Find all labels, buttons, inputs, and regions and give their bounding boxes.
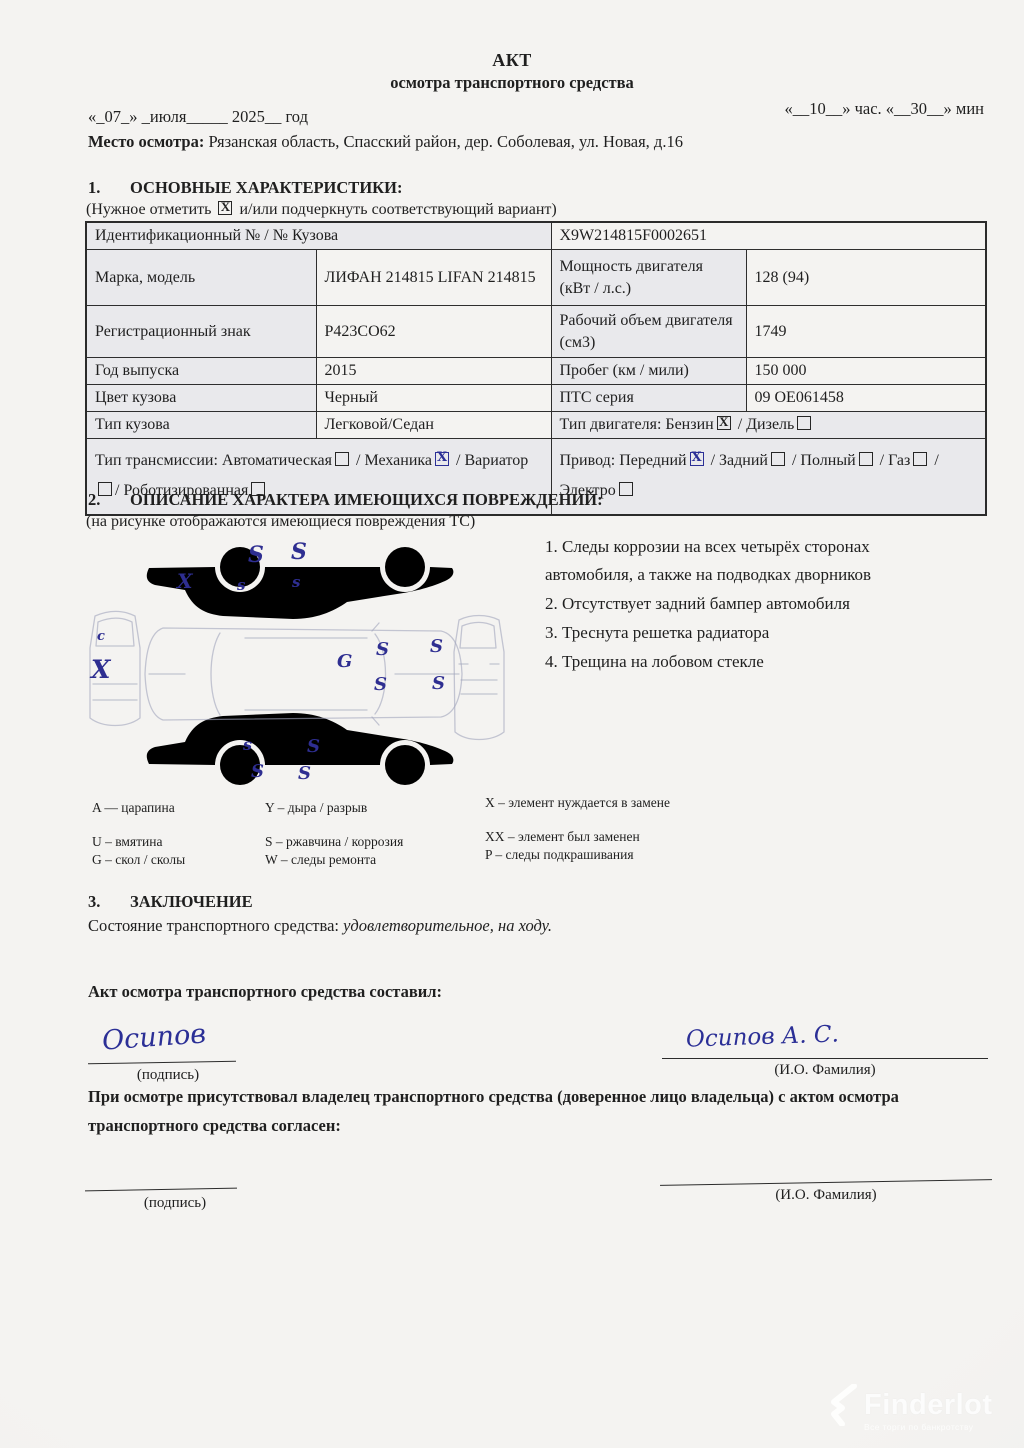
- inspector-signature: Осипов: [101, 1018, 207, 1056]
- damage-item: 4. Трещина на лобовом стекле: [545, 648, 953, 676]
- slash-separator: /: [738, 416, 742, 433]
- document-page: АКТ осмотра транспортного средства «_07_…: [0, 0, 1024, 1448]
- table-row: Цвет кузова Черный ПТС серия 09 ОЕ061458: [86, 385, 986, 412]
- mileage-value: 150 000: [746, 358, 986, 385]
- power-label: Мощность двигателя (кВт / л.с.): [551, 250, 746, 306]
- note-pre: (Нужное отметить: [86, 201, 211, 218]
- legend-item: P – следы подкрашивания: [485, 846, 725, 864]
- section3-title: ЗАКЛЮЧЕНИЕ: [130, 892, 253, 911]
- svg-text:S: S: [298, 763, 311, 784]
- owner-agreement-text: При осмотре присутствовал владелец транс…: [88, 1082, 993, 1140]
- section1-heading: 1.ОСНОВНЫЕ ХАРАКТЕРИСТИКИ:: [88, 178, 402, 198]
- pts-label: ПТС серия: [551, 385, 746, 412]
- table-row: Регистрационный знак Р423СО62 Рабочий об…: [86, 306, 986, 358]
- doc-title: АКТ: [0, 50, 1024, 71]
- legend-item: X – элемент нуждается в замене: [485, 794, 725, 812]
- place-value: Рязанская область, Спасский район, дер. …: [208, 132, 683, 151]
- drive-option-full: Полный: [800, 452, 855, 469]
- svg-text:X: X: [175, 569, 194, 593]
- legend-item: Y – дыра / разрыв: [265, 799, 480, 817]
- damage-item: 3. Треснута решетка радиатора: [545, 619, 953, 647]
- legend-item: G – скол / сколы: [92, 851, 257, 869]
- front-drive-checkbox-icon: [690, 452, 704, 466]
- make-value: ЛИФАН 214815 LIFAN 214815: [316, 250, 551, 306]
- svg-text:S: S: [430, 636, 443, 657]
- legend-item: W – следы ремонта: [265, 851, 480, 869]
- section2-title: ОПИСАНИЕ ХАРАКТЕРА ИМЕЮЩИХСЯ ПОВРЕЖДЕНИЙ…: [130, 490, 603, 509]
- inspection-time: «__10__» час. «__30__» мин: [784, 99, 984, 119]
- rear-drive-checkbox-icon: [771, 452, 785, 466]
- svg-text:S: S: [248, 542, 264, 568]
- engine-option-diesel: Дизель: [746, 416, 794, 433]
- make-label: Марка, модель: [86, 250, 316, 306]
- inspector-name-handwritten: Осипов А. С.: [686, 1021, 840, 1052]
- engine-option-petrol: Бензин: [665, 416, 713, 433]
- slash-separator: /: [792, 452, 796, 469]
- mileage-label: Пробег (км / мили): [551, 358, 746, 385]
- name-line: [660, 1179, 992, 1186]
- petrol-checkbox-icon: [717, 416, 731, 430]
- table-row: Марка, модель ЛИФАН 214815 LIFAN 214815 …: [86, 250, 986, 306]
- damage-item: 1. Следы коррозии на всех четырёх сторон…: [545, 533, 953, 589]
- name-line: [662, 1058, 988, 1059]
- diesel-checkbox-icon: [797, 416, 811, 430]
- signature-caption: (подпись): [95, 1195, 255, 1212]
- watermark-brand: Finderlot: [864, 1389, 993, 1422]
- svg-text:s: s: [242, 735, 252, 754]
- legend-item: XX – элемент был заменен: [485, 828, 725, 846]
- pts-value: 09 ОЕ061458: [746, 385, 986, 412]
- finderlot-watermark: Finderlot Все торги по банкротству: [828, 1384, 1024, 1432]
- note-post: и/или подчеркнуть соответствующий вариан…: [239, 201, 556, 218]
- vehicle-state-line: Состояние транспортного средства: удовле…: [88, 916, 552, 936]
- signature-line: [85, 1188, 237, 1192]
- transmission-option-manual: Механика: [364, 452, 432, 469]
- slash-separator: /: [880, 452, 884, 469]
- drive-cell: Привод: Передний / Задний / Полный / Газ…: [551, 439, 986, 515]
- svg-text:s: s: [237, 576, 246, 594]
- sample-checkbox-icon: [218, 201, 232, 215]
- gas-checkbox-icon: [913, 452, 927, 466]
- section1-note: (Нужное отметить и/или подчеркнуть соотв…: [86, 201, 557, 219]
- svg-text:S: S: [307, 736, 320, 757]
- reg-label: Регистрационный знак: [86, 306, 316, 358]
- power-value: 128 (94): [746, 250, 986, 306]
- signature-line: [88, 1061, 236, 1065]
- slash-separator: /: [356, 452, 360, 469]
- svg-text:S: S: [376, 639, 389, 660]
- section1-title: ОСНОВНЫЕ ХАРАКТЕРИСТИКИ:: [130, 178, 402, 197]
- legend-item: U – вмятина: [92, 833, 257, 851]
- section3-number: 3.: [88, 892, 130, 912]
- body-type-value: Легковой/Седан: [316, 412, 551, 439]
- composed-by-line: Акт осмотра транспортного средства соста…: [88, 982, 442, 1002]
- inspection-place: Место осмотра: Рязанская область, Спасск…: [88, 132, 988, 152]
- section3-heading: 3.ЗАКЛЮЧЕНИЕ: [88, 892, 253, 912]
- displacement-label: Рабочий объем двигателя (см3): [551, 306, 746, 358]
- legend-column: Y – дыра / разрыв S – ржавчина / коррози…: [265, 799, 480, 869]
- name-caption: (И.О. Фамилия): [662, 1062, 988, 1079]
- legend-item: A — царапина: [92, 799, 257, 817]
- damage-list: 1. Следы коррозии на всех четырёх сторон…: [545, 533, 953, 677]
- transmission-option-cvt: Вариатор: [464, 452, 528, 469]
- legend-column: A — царапина U – вмятина G – скол / скол…: [92, 799, 257, 869]
- svg-text:S: S: [251, 761, 264, 782]
- transmission-label: Тип трансмиссии:: [95, 452, 218, 469]
- svg-text:c: c: [97, 629, 105, 644]
- svg-text:G: G: [337, 651, 352, 672]
- inspection-date: «_07_» _июля_____ 2025__ год: [88, 107, 308, 127]
- svg-text:s: s: [292, 573, 301, 591]
- name-caption: (И.О. Фамилия): [660, 1187, 992, 1204]
- car-damage-diagram: SSXsscXGSSSSsSSS: [85, 528, 545, 793]
- slash-separator: /: [456, 452, 460, 469]
- auto-checkbox-icon: [335, 452, 349, 466]
- electric-checkbox-icon: [619, 482, 633, 496]
- table-row: Год выпуска 2015 Пробег (км / мили) 150 …: [86, 358, 986, 385]
- drive-option-gas: Газ: [888, 452, 910, 469]
- finderlot-logo-icon: [828, 1384, 858, 1426]
- section2-heading: 2.ОПИСАНИЕ ХАРАКТЕРА ИМЕЮЩИХСЯ ПОВРЕЖДЕН…: [88, 490, 603, 510]
- svg-text:X: X: [89, 655, 112, 684]
- legend-column: X – элемент нуждается в замене XX – элем…: [485, 794, 725, 864]
- characteristics-table: Идентификационный № / № Кузова X9W214815…: [85, 221, 987, 516]
- svg-text:S: S: [374, 674, 387, 695]
- svg-text:S: S: [291, 539, 307, 565]
- table-row: Идентификационный № / № Кузова X9W214815…: [86, 222, 986, 250]
- color-label: Цвет кузова: [86, 385, 316, 412]
- transmission-option-auto: Автоматическая: [222, 452, 332, 469]
- color-value: Черный: [316, 385, 551, 412]
- slash-separator: /: [711, 452, 715, 469]
- watermark-tagline: Все торги по банкротству: [864, 1422, 1024, 1432]
- drive-label: Привод:: [560, 452, 616, 469]
- section1-number: 1.: [88, 178, 130, 198]
- slash-separator: /: [934, 452, 938, 469]
- place-label: Место осмотра:: [88, 132, 204, 151]
- displacement-value: 1749: [746, 306, 986, 358]
- doc-subtitle: осмотра транспортного средства: [0, 73, 1024, 93]
- manual-checkbox-icon: [435, 452, 449, 466]
- drive-option-rear: Задний: [719, 452, 768, 469]
- engine-type-label: Тип двигателя:: [560, 416, 662, 433]
- legend-item: S – ржавчина / коррозия: [265, 833, 480, 851]
- full-drive-checkbox-icon: [859, 452, 873, 466]
- reg-value: Р423СО62: [316, 306, 551, 358]
- damage-item: 2. Отсутствует задний бампер автомобиля: [545, 590, 953, 618]
- year-label: Год выпуска: [86, 358, 316, 385]
- year-value: 2015: [316, 358, 551, 385]
- drive-option-front: Передний: [619, 452, 686, 469]
- engine-type-cell: Тип двигателя: Бензин / Дизель: [551, 412, 986, 439]
- state-label: Состояние транспортного средства:: [88, 916, 339, 935]
- table-row: Тип кузова Легковой/Седан Тип двигателя:…: [86, 412, 986, 439]
- vin-value: X9W214815F0002651: [551, 222, 986, 250]
- vin-label: Идентификационный № / № Кузова: [86, 222, 551, 250]
- svg-text:S: S: [432, 673, 445, 694]
- section2-number: 2.: [88, 490, 130, 510]
- body-type-label: Тип кузова: [86, 412, 316, 439]
- state-value: удовлетворительное, на ходу.: [343, 916, 552, 935]
